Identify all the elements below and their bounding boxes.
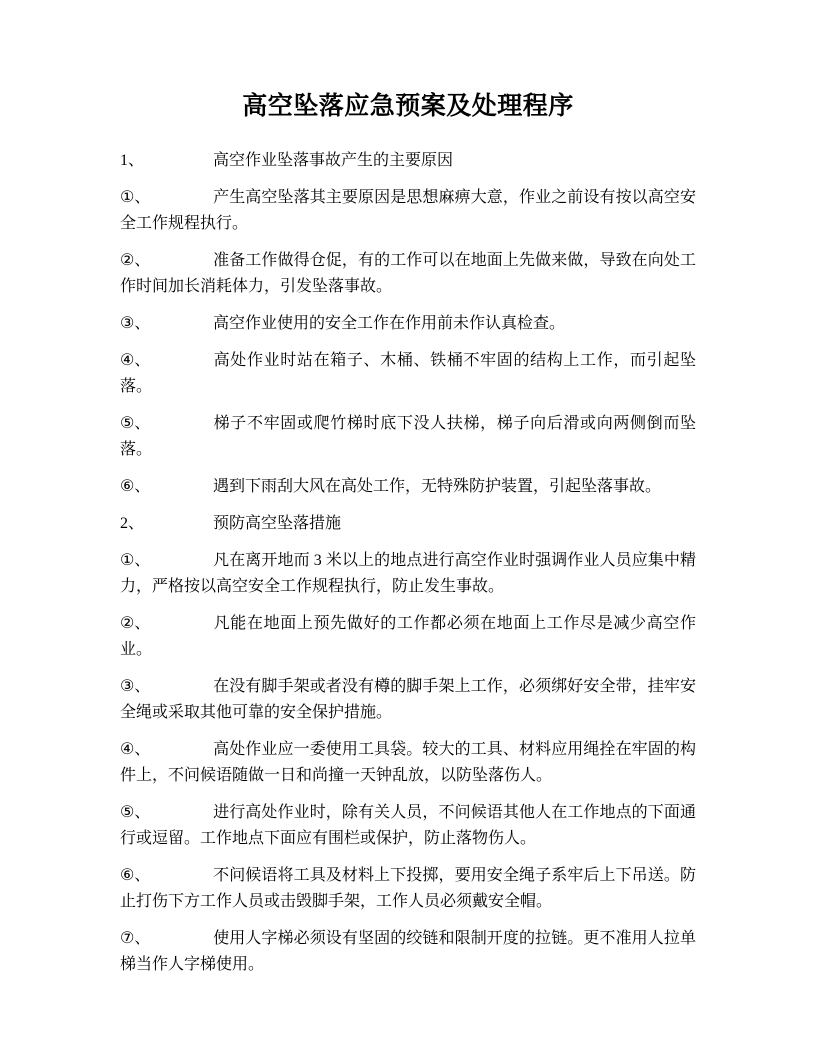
- section-2-item-6: ⑥、不问候语将工具及材料上下投掷，要用安全绳子系牢后上下吊送。防止打伤下方工作人…: [120, 863, 696, 915]
- section-2-item-4: ④、高处作业应一委使用工具袋。较大的工具、材料应用绳拴在牢固的构件上，不问候语随…: [120, 737, 696, 789]
- item-marker: ③、: [120, 674, 213, 700]
- item-marker: ④、: [120, 348, 213, 374]
- item-marker: ⑤、: [120, 800, 213, 826]
- section-number: 1、: [120, 148, 213, 174]
- item-text: 遇到下雨刮大风在高处工作，无特殊防护装置，引起坠落事故。: [213, 478, 661, 495]
- section-2-heading: 2、预防高空坠落措施: [120, 511, 696, 537]
- section-heading-text: 高空作业坠落事故产生的主要原因: [213, 152, 453, 169]
- item-marker: ⑥、: [120, 474, 213, 500]
- item-marker: ②、: [120, 248, 213, 274]
- item-marker: ②、: [120, 611, 213, 637]
- section-1-item-2: ②、准备工作做得仓促，有的工作可以在地面上先做来做，导致在向处工作时间加长消耗体…: [120, 248, 696, 300]
- item-marker: ①、: [120, 185, 213, 211]
- section-1-item-4: ④、高处作业时站在箱子、木桶、铁桶不牢固的结构上工作，而引起坠落。: [120, 348, 696, 400]
- item-marker: ③、: [120, 311, 213, 337]
- section-2-item-3: ③、在没有脚手架或者没有樽的脚手架上工作，必须绑好安全带，挂牢安全绳或采取其他可…: [120, 674, 696, 726]
- item-marker: ④、: [120, 737, 213, 763]
- section-number: 2、: [120, 511, 213, 537]
- item-marker: ①、: [120, 548, 213, 574]
- item-marker: ⑥、: [120, 863, 213, 889]
- section-2-item-2: ②、凡能在地面上预先做好的工作都必须在地面上工作尽是减少高空作业。: [120, 611, 696, 663]
- item-marker: ⑤、: [120, 411, 213, 437]
- section-1-item-1: ①、产生高空坠落其主要原因是思想麻痹大意，作业之前设有按以高空安全工作规程执行。: [120, 185, 696, 237]
- section-heading-text: 预防高空坠落措施: [213, 515, 341, 532]
- document-title: 高空坠落应急预案及处理程序: [120, 90, 696, 124]
- section-1-item-6: ⑥、遇到下雨刮大风在高处工作，无特殊防护装置，引起坠落事故。: [120, 474, 696, 500]
- item-text: 高空作业使用的安全工作在作用前未作认真检查。: [213, 315, 565, 332]
- section-1-item-5: ⑤、梯子不牢固或爬竹梯时底下没人扶梯，梯子向后滑或向两侧倒而坠落。: [120, 411, 696, 463]
- document-page: 高空坠落应急预案及处理程序 1、高空作业坠落事故产生的主要原因 ①、产生高空坠落…: [0, 0, 816, 1056]
- item-marker: ⑦、: [120, 926, 213, 952]
- section-1-item-3: ③、高空作业使用的安全工作在作用前未作认真检查。: [120, 311, 696, 337]
- section-2-item-7: ⑦、使用人字梯必须设有坚固的绞链和限制开度的拉链。更不准用人拉单梯当作人字梯使用…: [120, 926, 696, 978]
- section-2-item-5: ⑤、进行高处作业时，除有关人员，不问候语其他人在工作地点的下面通行或逗留。工作地…: [120, 800, 696, 852]
- section-2-item-1: ①、凡在离开地而 3 米以上的地点进行高空作业时强调作业人员应集中精力，严格按以…: [120, 548, 696, 600]
- section-1-heading: 1、高空作业坠落事故产生的主要原因: [120, 148, 696, 174]
